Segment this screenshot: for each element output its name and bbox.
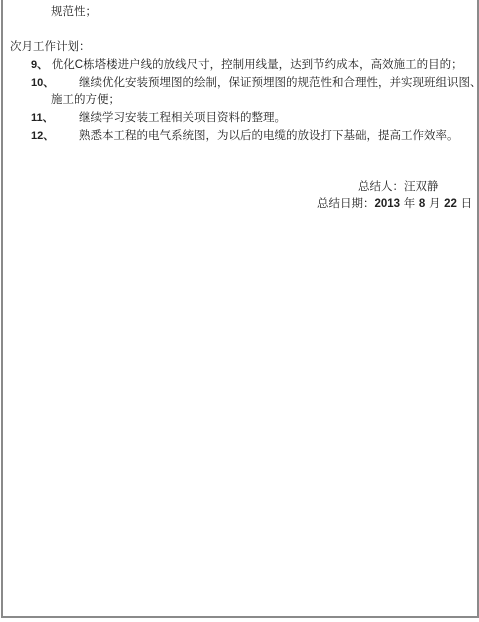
signature-author: 总结人：汪双静	[358, 179, 439, 193]
date-label: 总结日期：	[317, 196, 375, 210]
item-text-pre: 优化	[52, 57, 75, 71]
author-name: 汪双静	[404, 179, 439, 193]
section-heading: 次月工作计划：	[10, 39, 91, 53]
date-year: 2013	[375, 198, 401, 210]
day-unit: 日	[461, 196, 473, 210]
year-unit: 年	[404, 196, 416, 210]
item-number: 10、	[31, 76, 79, 90]
date-month: 8	[419, 198, 425, 210]
item-number: 11、	[31, 111, 79, 125]
plan-item-12: 12、熟悉本工程的电气系统图，为以后的电缆的放设打下基础，提高工作效率。	[31, 128, 459, 143]
item-number: 12、	[31, 129, 79, 143]
item-number: 9、	[31, 59, 48, 71]
author-label: 总结人：	[358, 179, 404, 193]
item-text: 继续优化安装预埋图的绘制，保证预埋图的规范性和合理性，并实现班组识图、	[79, 75, 479, 89]
date-day: 22	[444, 198, 457, 210]
plan-item-11: 11、继续学习安装工程相关项目资料的整理。	[31, 110, 286, 125]
plan-item-9: 9、 优化C栋塔楼进户线的放线尺寸，控制用线量，达到节约成本，高效施工的目的；	[31, 57, 463, 72]
item-text: 熟悉本工程的电气系统图，为以后的电缆的放设打下基础，提高工作效率。	[79, 128, 459, 142]
item-text: 继续学习安装工程相关项目资料的整理。	[79, 110, 286, 124]
month-unit: 月	[429, 196, 441, 210]
signature-date: 总结日期：2013 年 8 月 22 日	[317, 196, 472, 211]
plan-item-10: 10、继续优化安装预埋图的绘制，保证预埋图的规范性和合理性，并实现班组识图、	[31, 75, 479, 90]
document-page: 规范性； 次月工作计划： 9、 优化C栋塔楼进户线的放线尺寸，控制用线量，达到节…	[1, 0, 479, 618]
item-text-latin: C	[75, 59, 83, 71]
item-text-post: 栋塔楼进户线的放线尺寸，控制用线量，达到节约成本，高效施工的目的；	[83, 57, 463, 71]
plan-item-10-continuation: 施工的方便；	[51, 92, 120, 106]
continuation-line: 规范性；	[51, 4, 97, 18]
